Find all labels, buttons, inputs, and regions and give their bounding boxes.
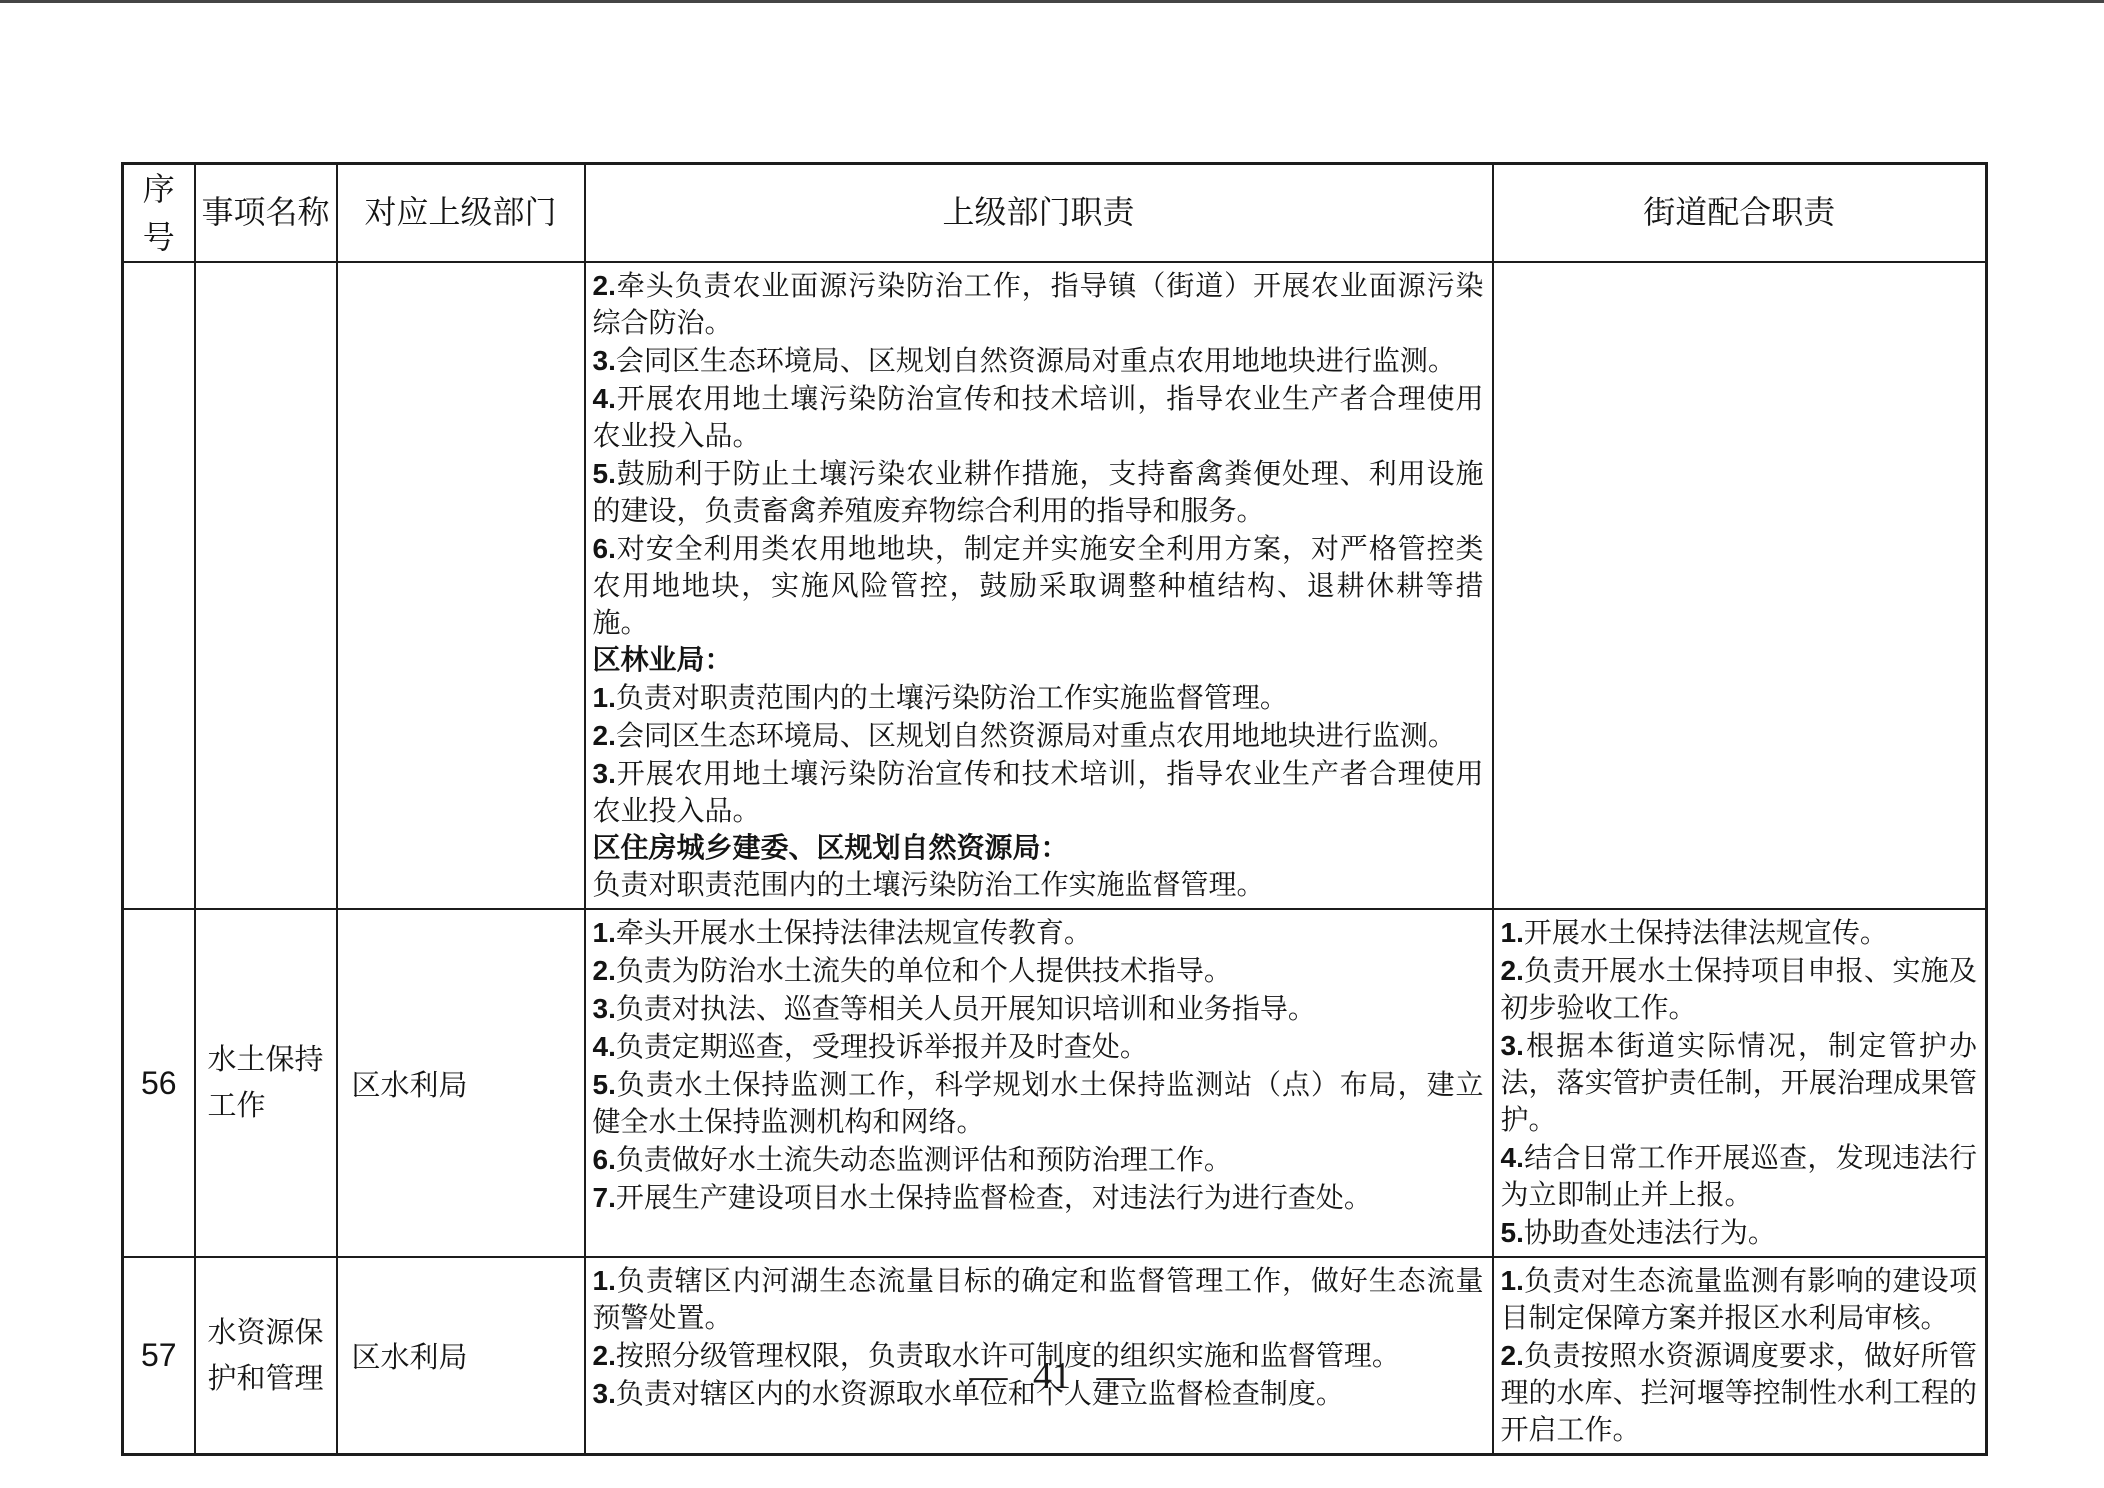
duty-section-heading: 区住房城乡建委、区规划自然资源局：: [593, 830, 1484, 867]
duty-item: 负责对职责范围内的土壤污染防治工作实施监督管理。: [593, 867, 1484, 904]
responsibilities-table: 序号 事项名称 对应上级部门 上级部门职责 街道配合职责 2.牵头负责农业面源污…: [121, 162, 1988, 1456]
duty-item: 2.会同区生态环境局、区规划自然资源局对重点农用地地块进行监测。: [593, 717, 1484, 755]
duty-item: 4.开展农用地土壤污染防治宣传和技术培训，指导农业生产者合理使用农业投入品。: [593, 380, 1484, 455]
duty-item: 3.根据本街道实际情况，制定管护办法，落实管护责任制，开展治理成果管护。: [1501, 1027, 1978, 1139]
duty-item: 3.会同区生态环境局、区规划自然资源局对重点农用地地块进行监测。: [593, 342, 1484, 380]
header-seq: 序号: [123, 164, 195, 263]
table-row: 2.牵头负责农业面源污染防治工作，指导镇（街道）开展农业面源污染综合防治。3.会…: [123, 262, 1987, 909]
header-street-duties: 街道配合职责: [1493, 164, 1987, 263]
duty-item: 2.负责为防治水土流失的单位和个人提供技术指导。: [593, 952, 1484, 990]
superior-department-cell: 区水利局: [337, 909, 585, 1257]
duty-item-number: 5.: [593, 458, 616, 489]
duty-item-number: 6.: [593, 1144, 616, 1175]
item-name-cell: 水土保持工作: [195, 909, 337, 1257]
duty-item-number: 3.: [593, 345, 616, 376]
duty-item: 6.对安全利用类农用地地块，制定并实施安全利用方案，对严格管控类农用地地块，实施…: [593, 530, 1484, 642]
duty-item-number: 3.: [1501, 1030, 1524, 1061]
duty-item-number: 4.: [593, 1031, 616, 1062]
duty-item-number: 1.: [593, 682, 616, 713]
duty-item: 1.负责对职责范围内的土壤污染防治工作实施监督管理。: [593, 679, 1484, 717]
table-row: 56水土保持工作区水利局1.牵头开展水土保持法律法规宣传教育。2.负责为防治水土…: [123, 909, 1987, 1257]
duty-item: 1.负责辖区内河湖生态流量目标的确定和监督管理工作，做好生态流量预警处置。: [593, 1262, 1484, 1337]
duty-item: 3.开展农用地土壤污染防治宣传和技术培训，指导农业生产者合理使用农业投入品。: [593, 755, 1484, 830]
duty-item-number: 2.: [1501, 955, 1524, 986]
header-superior-department: 对应上级部门: [337, 164, 585, 263]
duty-item-number: 6.: [593, 533, 616, 564]
duty-item-number: 1.: [593, 1265, 616, 1296]
duty-item-number: 2.: [593, 955, 616, 986]
duty-item: 5.负责水土保持监测工作，科学规划水土保持监测站（点）布局，建立健全水土保持监测…: [593, 1066, 1484, 1141]
duty-item-number: 2.: [593, 270, 616, 301]
header-seq-label: 序号: [141, 165, 177, 261]
duty-item-number: 1.: [1501, 1265, 1524, 1296]
duty-item-number: 4.: [1501, 1142, 1524, 1173]
page-top-edge-line: [0, 0, 2104, 3]
duty-item-number: 7.: [593, 1182, 616, 1213]
table-body: 2.牵头负责农业面源污染防治工作，指导镇（街道）开展农业面源污染综合防治。3.会…: [123, 262, 1987, 1455]
duty-item-number: 5.: [593, 1069, 616, 1100]
duty-item-number: 2.: [593, 720, 616, 751]
superior-duties-cell: 1.牵头开展水土保持法律法规宣传教育。2.负责为防治水土流失的单位和个人提供技术…: [585, 909, 1493, 1257]
duty-item-number: 3.: [593, 993, 616, 1024]
duty-item: 2.牵头负责农业面源污染防治工作，指导镇（街道）开展农业面源污染综合防治。: [593, 267, 1484, 342]
duty-item: 4.结合日常工作开展巡查，发现违法行为立即制止并上报。: [1501, 1139, 1978, 1214]
header-item-name: 事项名称: [195, 164, 337, 263]
page-number: — 41 —: [0, 1352, 2104, 1400]
duty-item: 4.负责定期巡查，受理投诉举报并及时查处。: [593, 1028, 1484, 1066]
duty-item-number: 1.: [593, 917, 616, 948]
seq-cell: 56: [123, 909, 195, 1257]
duty-item: 6.负责做好水土流失动态监测评估和预防治理工作。: [593, 1141, 1484, 1179]
header-row: 序号 事项名称 对应上级部门 上级部门职责 街道配合职责: [123, 164, 1987, 263]
duty-item: 5.鼓励利于防止土壤污染农业耕作措施，支持畜禽粪便处理、利用设施的建设，负责畜禽…: [593, 455, 1484, 530]
duty-item: 1.牵头开展水土保持法律法规宣传教育。: [593, 914, 1484, 952]
duty-item-number: 3.: [593, 758, 616, 789]
duty-item: 5.协助查处违法行为。: [1501, 1214, 1978, 1252]
superior-department-cell: [337, 262, 585, 909]
duty-item: 3.负责对执法、巡查等相关人员开展知识培训和业务指导。: [593, 990, 1484, 1028]
duty-item-number: 1.: [1501, 917, 1524, 948]
street-duties-cell: [1493, 262, 1987, 909]
duty-section-heading: 区林业局：: [593, 642, 1484, 679]
duty-item: 1.开展水土保持法律法规宣传。: [1501, 914, 1978, 952]
duty-item: 1.负责对生态流量监测有影响的建设项目制定保障方案并报区水利局审核。: [1501, 1262, 1978, 1337]
street-duties-cell: 1.开展水土保持法律法规宣传。2.负责开展水土保持项目申报、实施及初步验收工作。…: [1493, 909, 1987, 1257]
seq-cell: [123, 262, 195, 909]
superior-duties-cell: 2.牵头负责农业面源污染防治工作，指导镇（街道）开展农业面源污染综合防治。3.会…: [585, 262, 1493, 909]
duty-item: 2.负责开展水土保持项目申报、实施及初步验收工作。: [1501, 952, 1978, 1027]
header-superior-duties: 上级部门职责: [585, 164, 1493, 263]
document-page: { "page": { "page_number": "— 41 —" }, "…: [0, 0, 2104, 1488]
duty-item-number: 4.: [593, 383, 616, 414]
duty-item: 7.开展生产建设项目水土保持监督检查，对违法行为进行查处。: [593, 1179, 1484, 1217]
item-name-cell: [195, 262, 337, 909]
duty-item-number: 5.: [1501, 1217, 1524, 1248]
